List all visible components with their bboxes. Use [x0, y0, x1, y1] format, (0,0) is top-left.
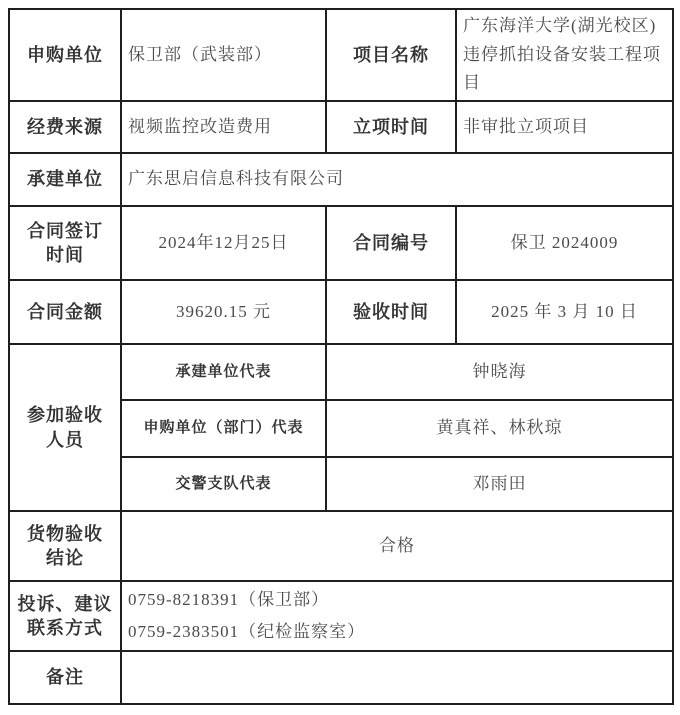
acceptance-date-label: 验收时间	[326, 280, 456, 344]
funding-source-value: 视频监控改造费用	[121, 101, 326, 153]
participants-label: 参加验收 人员	[9, 344, 121, 511]
project-approval-value: 非审批立项项目	[456, 101, 673, 153]
conclusion-label-line1: 货物验收	[10, 522, 120, 546]
conclusion-label: 货物验收 结论	[9, 511, 121, 581]
participant-names-traffic-police-rep: 邓雨田	[326, 457, 673, 511]
acceptance-date-value: 2025 年 3 月 10 日	[456, 280, 673, 344]
contract-amount-value: 39620.15 元	[121, 280, 326, 344]
contract-amount-label: 合同金额	[9, 280, 121, 344]
contract-sign-date-value: 2024年12月25日	[121, 206, 326, 280]
complaint-contact-label-line2: 联系方式	[10, 616, 120, 640]
contract-sign-date-label-line2: 时间	[10, 243, 120, 267]
project-name-value: 广东海洋大学(湖光校区)违停抓拍设备安装工程项目	[456, 9, 673, 101]
conclusion-value: 合格	[121, 511, 673, 581]
applicant-unit-label: 申购单位	[9, 9, 121, 101]
contract-number-value: 保卫 2024009	[456, 206, 673, 280]
participant-role-traffic-police-rep: 交警支队代表	[121, 457, 326, 511]
conclusion-label-line2: 结论	[10, 546, 120, 570]
contract-sign-date-label-line1: 合同签订	[10, 219, 120, 243]
participant-role-contractor-rep: 承建单位代表	[121, 344, 326, 400]
complaint-contact-phone-discipline: 0759-2383501（纪检监察室）	[128, 616, 668, 648]
acceptance-form-sheet: 申购单位 保卫部（武装部） 项目名称 广东海洋大学(湖光校区)违停抓拍设备安装工…	[0, 0, 680, 715]
funding-source-label: 经费来源	[9, 101, 121, 153]
complaint-contact-label: 投诉、建议 联系方式	[9, 581, 121, 651]
remarks-label: 备注	[9, 651, 121, 704]
participant-role-applicant-rep: 申购单位（部门）代表	[121, 400, 326, 457]
contract-number-label: 合同编号	[326, 206, 456, 280]
participant-names-applicant-rep: 黄真祥、林秋琼	[326, 400, 673, 457]
contractor-label: 承建单位	[9, 153, 121, 206]
project-approval-label: 立项时间	[326, 101, 456, 153]
participants-label-line2: 人员	[10, 428, 120, 452]
contractor-value: 广东思启信息科技有限公司	[121, 153, 673, 206]
participant-names-contractor-rep: 钟晓海	[326, 344, 673, 400]
complaint-contact-value: 0759-8218391（保卫部） 0759-2383501（纪检监察室）	[121, 581, 673, 651]
participants-label-line1: 参加验收	[10, 403, 120, 427]
complaint-contact-phone-security: 0759-8218391（保卫部）	[128, 584, 668, 616]
applicant-unit-value: 保卫部（武装部）	[121, 9, 326, 101]
acceptance-form-table: 申购单位 保卫部（武装部） 项目名称 广东海洋大学(湖光校区)违停抓拍设备安装工…	[8, 8, 674, 705]
contract-sign-date-label: 合同签订 时间	[9, 206, 121, 280]
remarks-value	[121, 651, 673, 704]
complaint-contact-label-line1: 投诉、建议	[10, 592, 120, 616]
project-name-label: 项目名称	[326, 9, 456, 101]
